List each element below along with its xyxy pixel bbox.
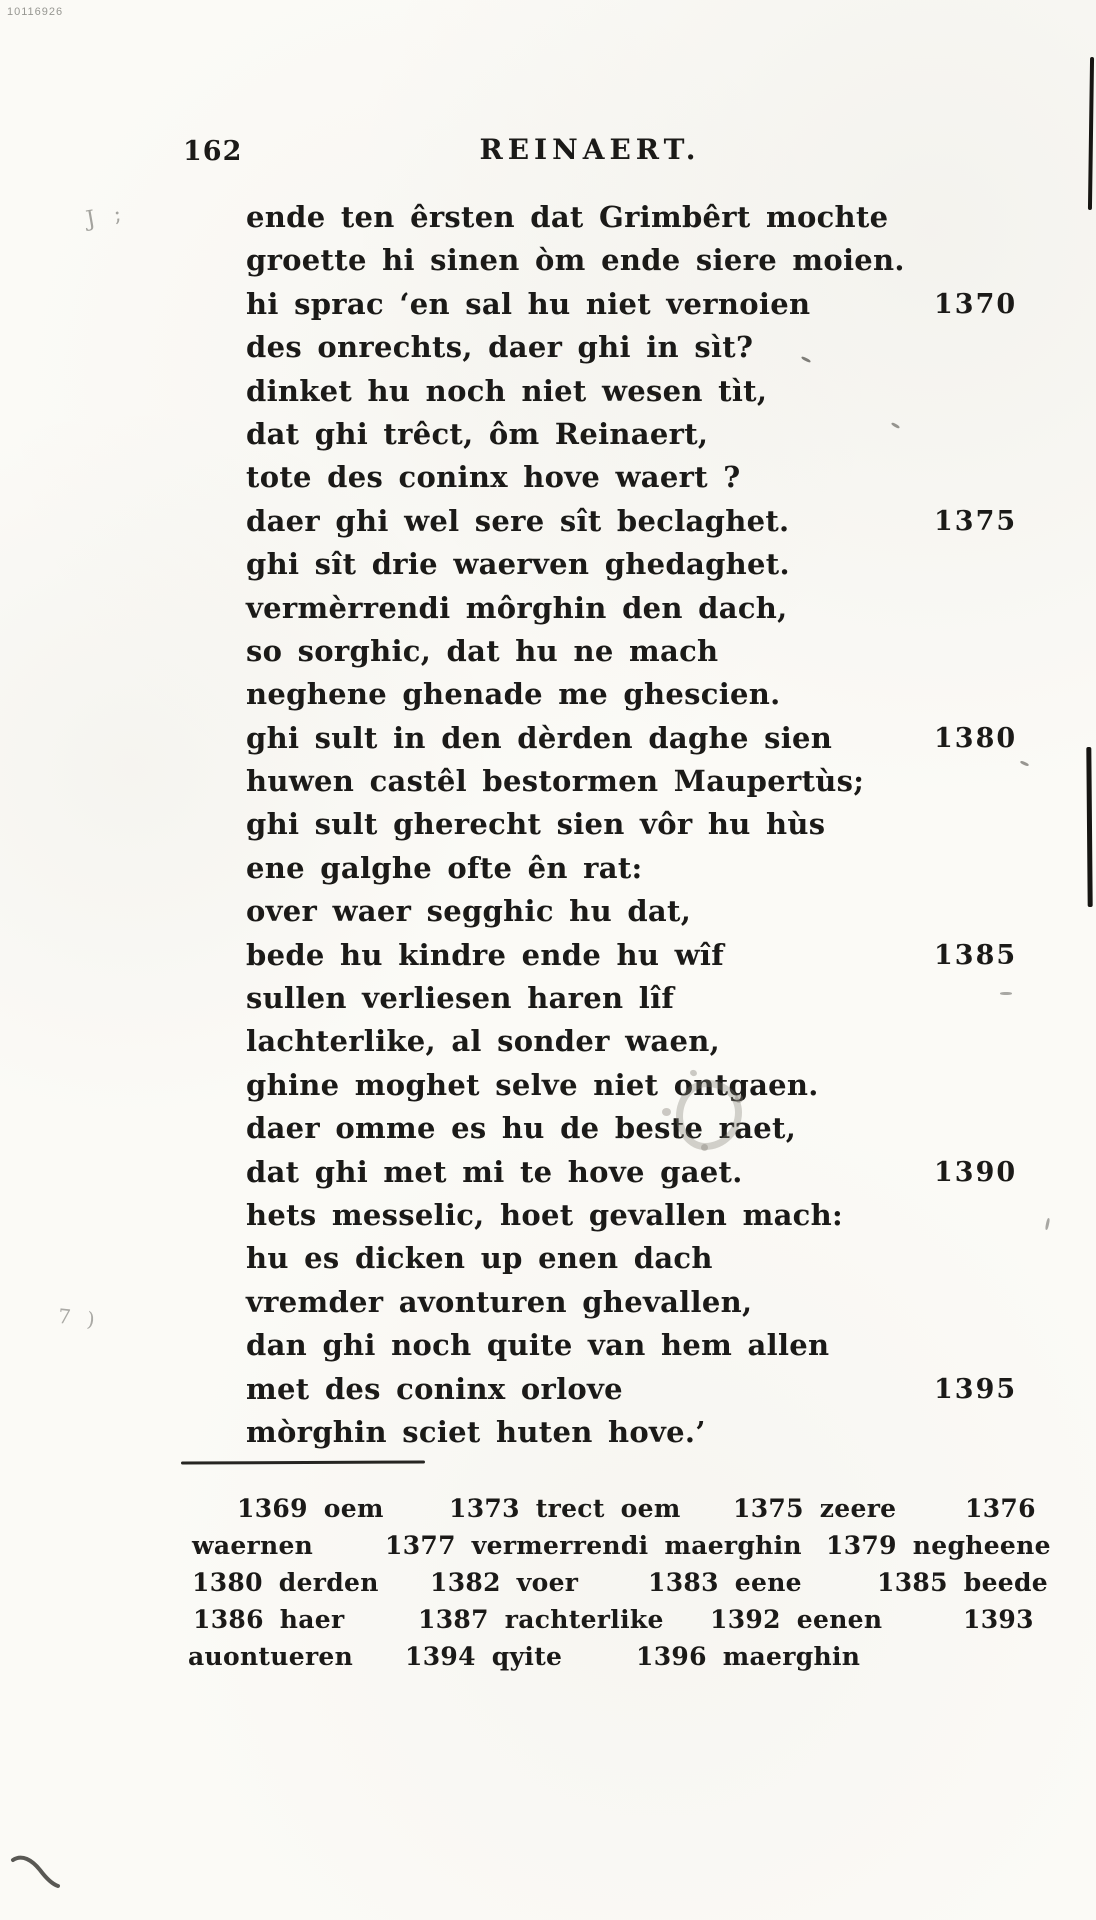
poem-line: mòrghin sciet huten hove.’ (246, 1411, 1026, 1454)
poem-line: hets messelic, hoet gevallen mach: (246, 1194, 1026, 1237)
poem-line: ghine moghet selve niet ontgaen. (246, 1064, 1026, 1107)
verse-text: dat ghi trêct, ôm Reinaert, (246, 417, 708, 451)
poem-line: hu es dicken up enen dach (246, 1237, 1026, 1280)
verse-text: hets messelic, hoet gevallen mach: (246, 1198, 843, 1232)
footnote-row: 1386 haer1387 rachterlike1392 eenen1393 (0, 1605, 1096, 1639)
poem-line: dinket hu noch niet wesen tìt, (246, 370, 1026, 413)
verse-text: mòrghin sciet huten hove.’ (246, 1415, 706, 1449)
poem-line: groette hi sinen òm ende siere moien. (246, 239, 1026, 282)
running-title: REINAERT. (0, 133, 1096, 166)
verse-text: met des coninx orlove (246, 1372, 623, 1406)
verse-line-number: 1395 (934, 1368, 1017, 1411)
footnote-entry: waernen (192, 1531, 313, 1560)
footnote-entry: 1387 rachterlike (418, 1605, 664, 1634)
footnote-row: waernen1377 vermerrendi maerghin1379 neg… (0, 1531, 1096, 1565)
poem-line: so sorghic, dat hu ne mach (246, 630, 1026, 673)
verse-text: ene galghe ofte ên rat: (246, 851, 643, 885)
verse-text: so sorghic, dat hu ne mach (246, 634, 718, 668)
verse-text: dan ghi noch quite van hem allen (246, 1328, 829, 1362)
verse-text: vermèrrendi môrghin den dach, (246, 591, 788, 625)
footnote-entry: 1373 trect oem (449, 1494, 681, 1523)
footnote-entry: 1377 vermerrendi maerghin (385, 1531, 802, 1560)
verse-line-number: 1380 (934, 717, 1017, 760)
poem-line: ghi sult gherecht sien vôr hu hùs (246, 803, 1026, 846)
ink-stain-dot (701, 1144, 708, 1151)
scan-speck (1000, 992, 1012, 995)
footnote-row: 1380 derden1382 voer1383 eene1385 beede (0, 1568, 1096, 1602)
poem-line: hi sprac ‘en sal hu niet vernoien1370 (246, 283, 1026, 326)
verse-text: groette hi sinen òm ende siere moien. (246, 243, 905, 277)
ink-stain-dot (662, 1108, 671, 1116)
verse-text: daer ghi wel sere sît beclaghet. (246, 504, 789, 538)
poem-line: dan ghi noch quite van hem allen (246, 1324, 1026, 1367)
verse-line-number: 1375 (934, 500, 1017, 543)
footnote-entry: 1386 haer (193, 1605, 344, 1634)
poem-line: daer omme es hu de beste raet, (246, 1107, 1026, 1150)
footnote-row: auontueren1394 qyite1396 maerghin (0, 1642, 1096, 1676)
verse-text: hi sprac ‘en sal hu niet vernoien (246, 287, 810, 321)
verse-text: over waer segghic hu dat, (246, 894, 691, 928)
poem-line: lachterlike, al sonder waen, (246, 1020, 1026, 1063)
footnote-divider-rule (181, 1460, 425, 1464)
verse-text: lachterlike, al sonder waen, (246, 1024, 720, 1058)
poem-line: bede hu kindre ende hu wîf1385 (246, 934, 1026, 977)
footnote-entry: 1379 negheene (826, 1531, 1051, 1560)
poem-line: vremder avonturen ghevallen, (246, 1281, 1026, 1324)
verse-text: ghi sult in den dèrden daghe sien (246, 721, 832, 755)
poem-line: over waer segghic hu dat, (246, 890, 1026, 933)
footnote-entry: 1393 (963, 1605, 1034, 1634)
verse-line-number: 1385 (934, 934, 1017, 977)
footnote-entry: 1369 oem (237, 1494, 384, 1523)
verse-text: vremder avonturen ghevallen, (246, 1285, 752, 1319)
verse-text: tote des coninx hove waert ? (246, 460, 741, 494)
verse-text: hu es dicken up enen dach (246, 1241, 713, 1275)
footnote-entry: 1376 (965, 1494, 1036, 1523)
footnote-entry: 1375 zeere (733, 1494, 896, 1523)
poem-line: ene galghe ofte ên rat: (246, 847, 1026, 890)
verse-text: neghene ghenade me ghescien. (246, 677, 781, 711)
verse-text: ghi sult gherecht sien vôr hu hùs (246, 807, 825, 841)
verse-line-number: 1390 (934, 1151, 1017, 1194)
footnote-entry: 1396 maerghin (636, 1642, 860, 1671)
poem-line: huwen castêl bestormen Maupertùs; (246, 760, 1026, 803)
book-page: 10116926 162 REINAERT. ende ten êrsten d… (0, 0, 1096, 1920)
verse-text: bede hu kindre ende hu wîf (246, 938, 724, 972)
poem-line: met des coninx orlove1395 (246, 1368, 1026, 1411)
verse-text: dinket hu noch niet wesen tìt, (246, 374, 767, 408)
poem-line: tote des coninx hove waert ? (246, 456, 1026, 499)
pencil-mark: J ; (84, 201, 129, 233)
verse-text: ende ten êrsten dat Grimbêrt mochte (246, 200, 888, 234)
footnote-row: 1369 oem1373 trect oem1375 zeere1376 (0, 1494, 1096, 1528)
poem-line: neghene ghenade me ghescien. (246, 673, 1026, 716)
poem-line: daer ghi wel sere sît beclaghet.1375 (246, 500, 1026, 543)
verse-text: des onrechts, daer ghi in sìt? (246, 330, 753, 364)
poem-line: dat ghi trêct, ôm Reinaert, (246, 413, 1026, 456)
scan-id: 10116926 (7, 6, 63, 18)
scan-edge-bar-middle (1086, 747, 1092, 907)
footnote-entry: 1394 qyite (405, 1642, 562, 1671)
verse-text: huwen castêl bestormen Maupertùs; (246, 764, 864, 798)
poem-line: des onrechts, daer ghi in sìt? (246, 326, 1026, 369)
poem-line: ghi sît drie waerven ghedaghet. (246, 543, 1026, 586)
pencil-mark: 7 ) (57, 1304, 101, 1332)
verse-line-number: 1370 (934, 283, 1017, 326)
footnote-entry: 1392 eenen (710, 1605, 882, 1634)
footnote-entry: 1383 eene (648, 1568, 802, 1597)
verse-text: dat ghi met mi te hove gaet. (246, 1155, 743, 1189)
footnote-entry: 1382 voer (430, 1568, 578, 1597)
footnote-entry: 1385 beede (877, 1568, 1048, 1597)
ink-stain-dot (735, 1094, 743, 1103)
poem-line: dat ghi met mi te hove gaet.1390 (246, 1151, 1026, 1194)
footnote-entry: auontueren (188, 1642, 353, 1671)
scan-speck (1045, 1218, 1050, 1230)
poem-line: sullen verliesen haren lîf (246, 977, 1026, 1020)
pen-squiggle-mark (10, 1852, 62, 1892)
poem: ende ten êrsten dat Grimbêrt mochtegroet… (246, 196, 1026, 1454)
poem-line: vermèrrendi môrghin den dach, (246, 587, 1026, 630)
poem-line: ghi sult in den dèrden daghe sien1380 (246, 717, 1026, 760)
footnote-entry: 1380 derden (192, 1568, 379, 1597)
verse-text: sullen verliesen haren lîf (246, 981, 674, 1015)
verse-text: ghi sît drie waerven ghedaghet. (246, 547, 790, 581)
poem-line: ende ten êrsten dat Grimbêrt mochte (246, 196, 1026, 239)
